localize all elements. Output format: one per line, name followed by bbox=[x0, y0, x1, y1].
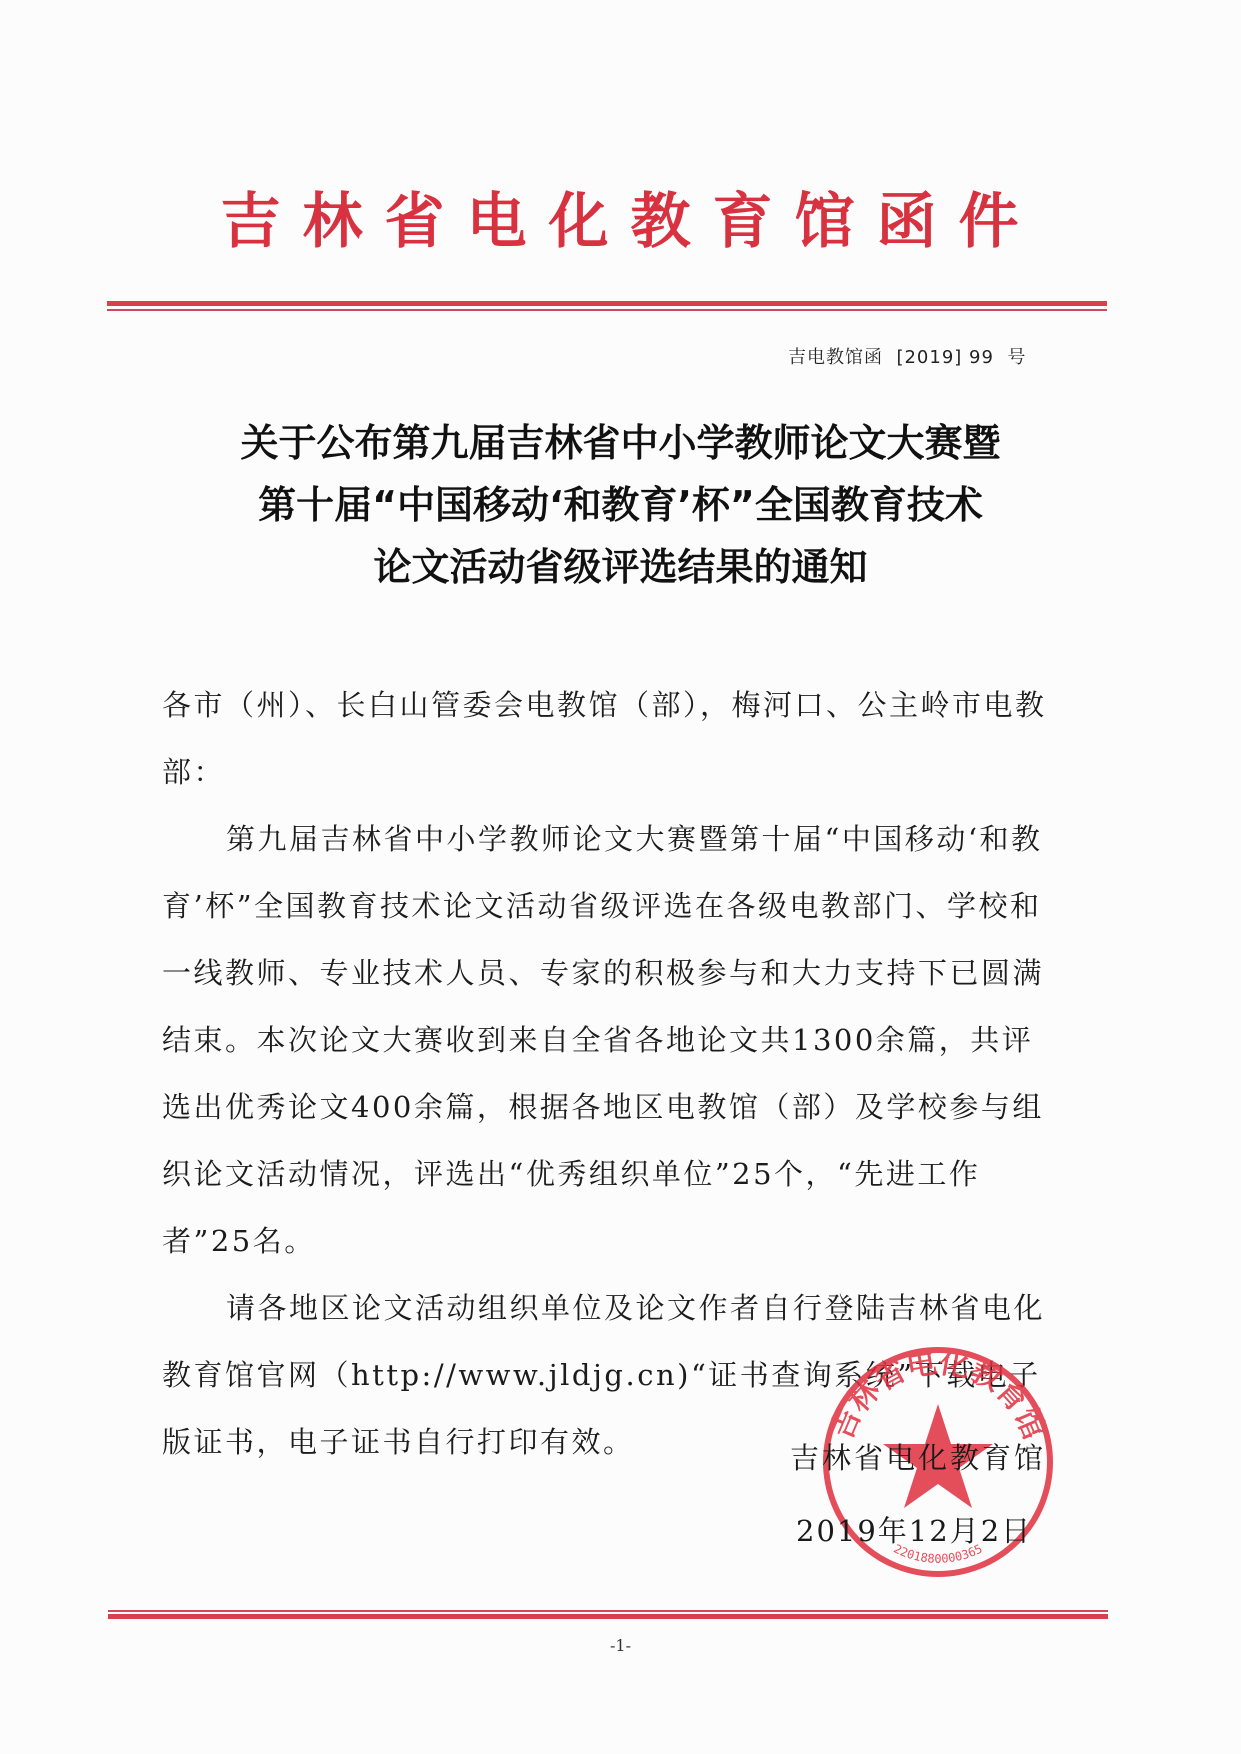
title-line-1: 关于公布第九届吉林省中小学教师论文大赛暨 bbox=[0, 412, 1241, 474]
document-title: 关于公布第九届吉林省中小学教师论文大赛暨 第十届“中国移动‘和教育’杯”全国教育… bbox=[0, 412, 1241, 598]
addressee: 各市（州）、长白山管委会电教馆（部），梅河口、公主岭市电教部： bbox=[162, 672, 1062, 806]
document-number: 吉电教馆函 [2019] 99 号 bbox=[788, 343, 1026, 369]
page-number: -1- bbox=[0, 1636, 1241, 1655]
footer-rule-thick bbox=[108, 1614, 1108, 1619]
masthead-title: 吉林省电化教育馆函件 bbox=[0, 182, 1241, 262]
footer-rule-thin bbox=[108, 1610, 1108, 1612]
header-rule-thick bbox=[107, 301, 1107, 306]
title-line-2: 第十届“中国移动‘和教育’杯”全国教育技术 bbox=[0, 474, 1241, 536]
signature-date: 2019年12月2日 bbox=[796, 1509, 1032, 1550]
title-line-3: 论文活动省级评选结果的通知 bbox=[0, 536, 1241, 598]
header-rule-thin bbox=[107, 309, 1107, 311]
body-paragraph-1: 第九届吉林省中小学教师论文大赛暨第十届“中国移动‘和教育’杯”全国教育技术论文活… bbox=[162, 806, 1062, 1275]
signature-organization: 吉林省电化教育馆 bbox=[790, 1438, 1046, 1478]
